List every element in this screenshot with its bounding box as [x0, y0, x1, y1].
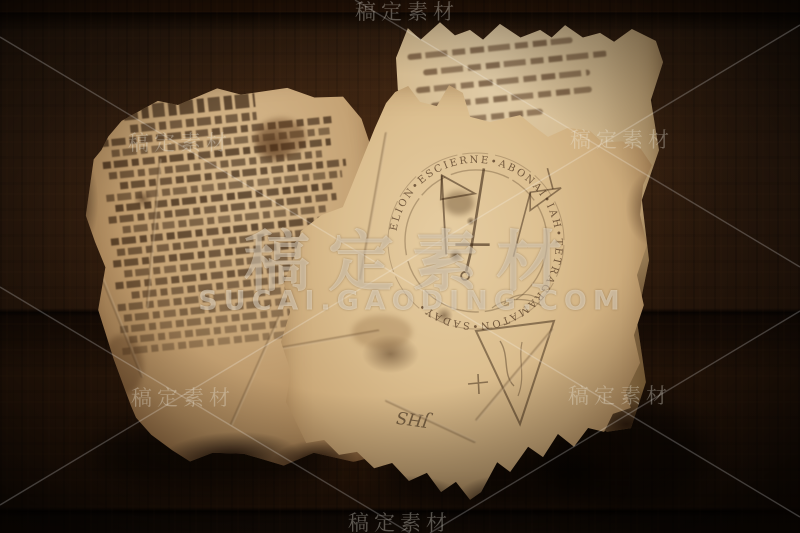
watermark-tile-bottom: 稿定素材	[348, 507, 452, 533]
watermark-tile-left-upper: 稿定素材	[128, 127, 232, 157]
watermark-url: SUCAI.GAODING.COM	[198, 286, 626, 317]
watermark-tile-top: 稿定素材	[355, 0, 459, 26]
watermark-tile-right-lower: 稿定素材	[568, 380, 672, 410]
watermark-tile-left-lower: 稿定素材	[131, 382, 235, 412]
stock-photo-canvas: ELION•ESCIERNE•ABONAI•IAH•TETRAGRAMATON•…	[0, 0, 800, 533]
watermark-tile-right-upper: 稿定素材	[570, 124, 674, 154]
